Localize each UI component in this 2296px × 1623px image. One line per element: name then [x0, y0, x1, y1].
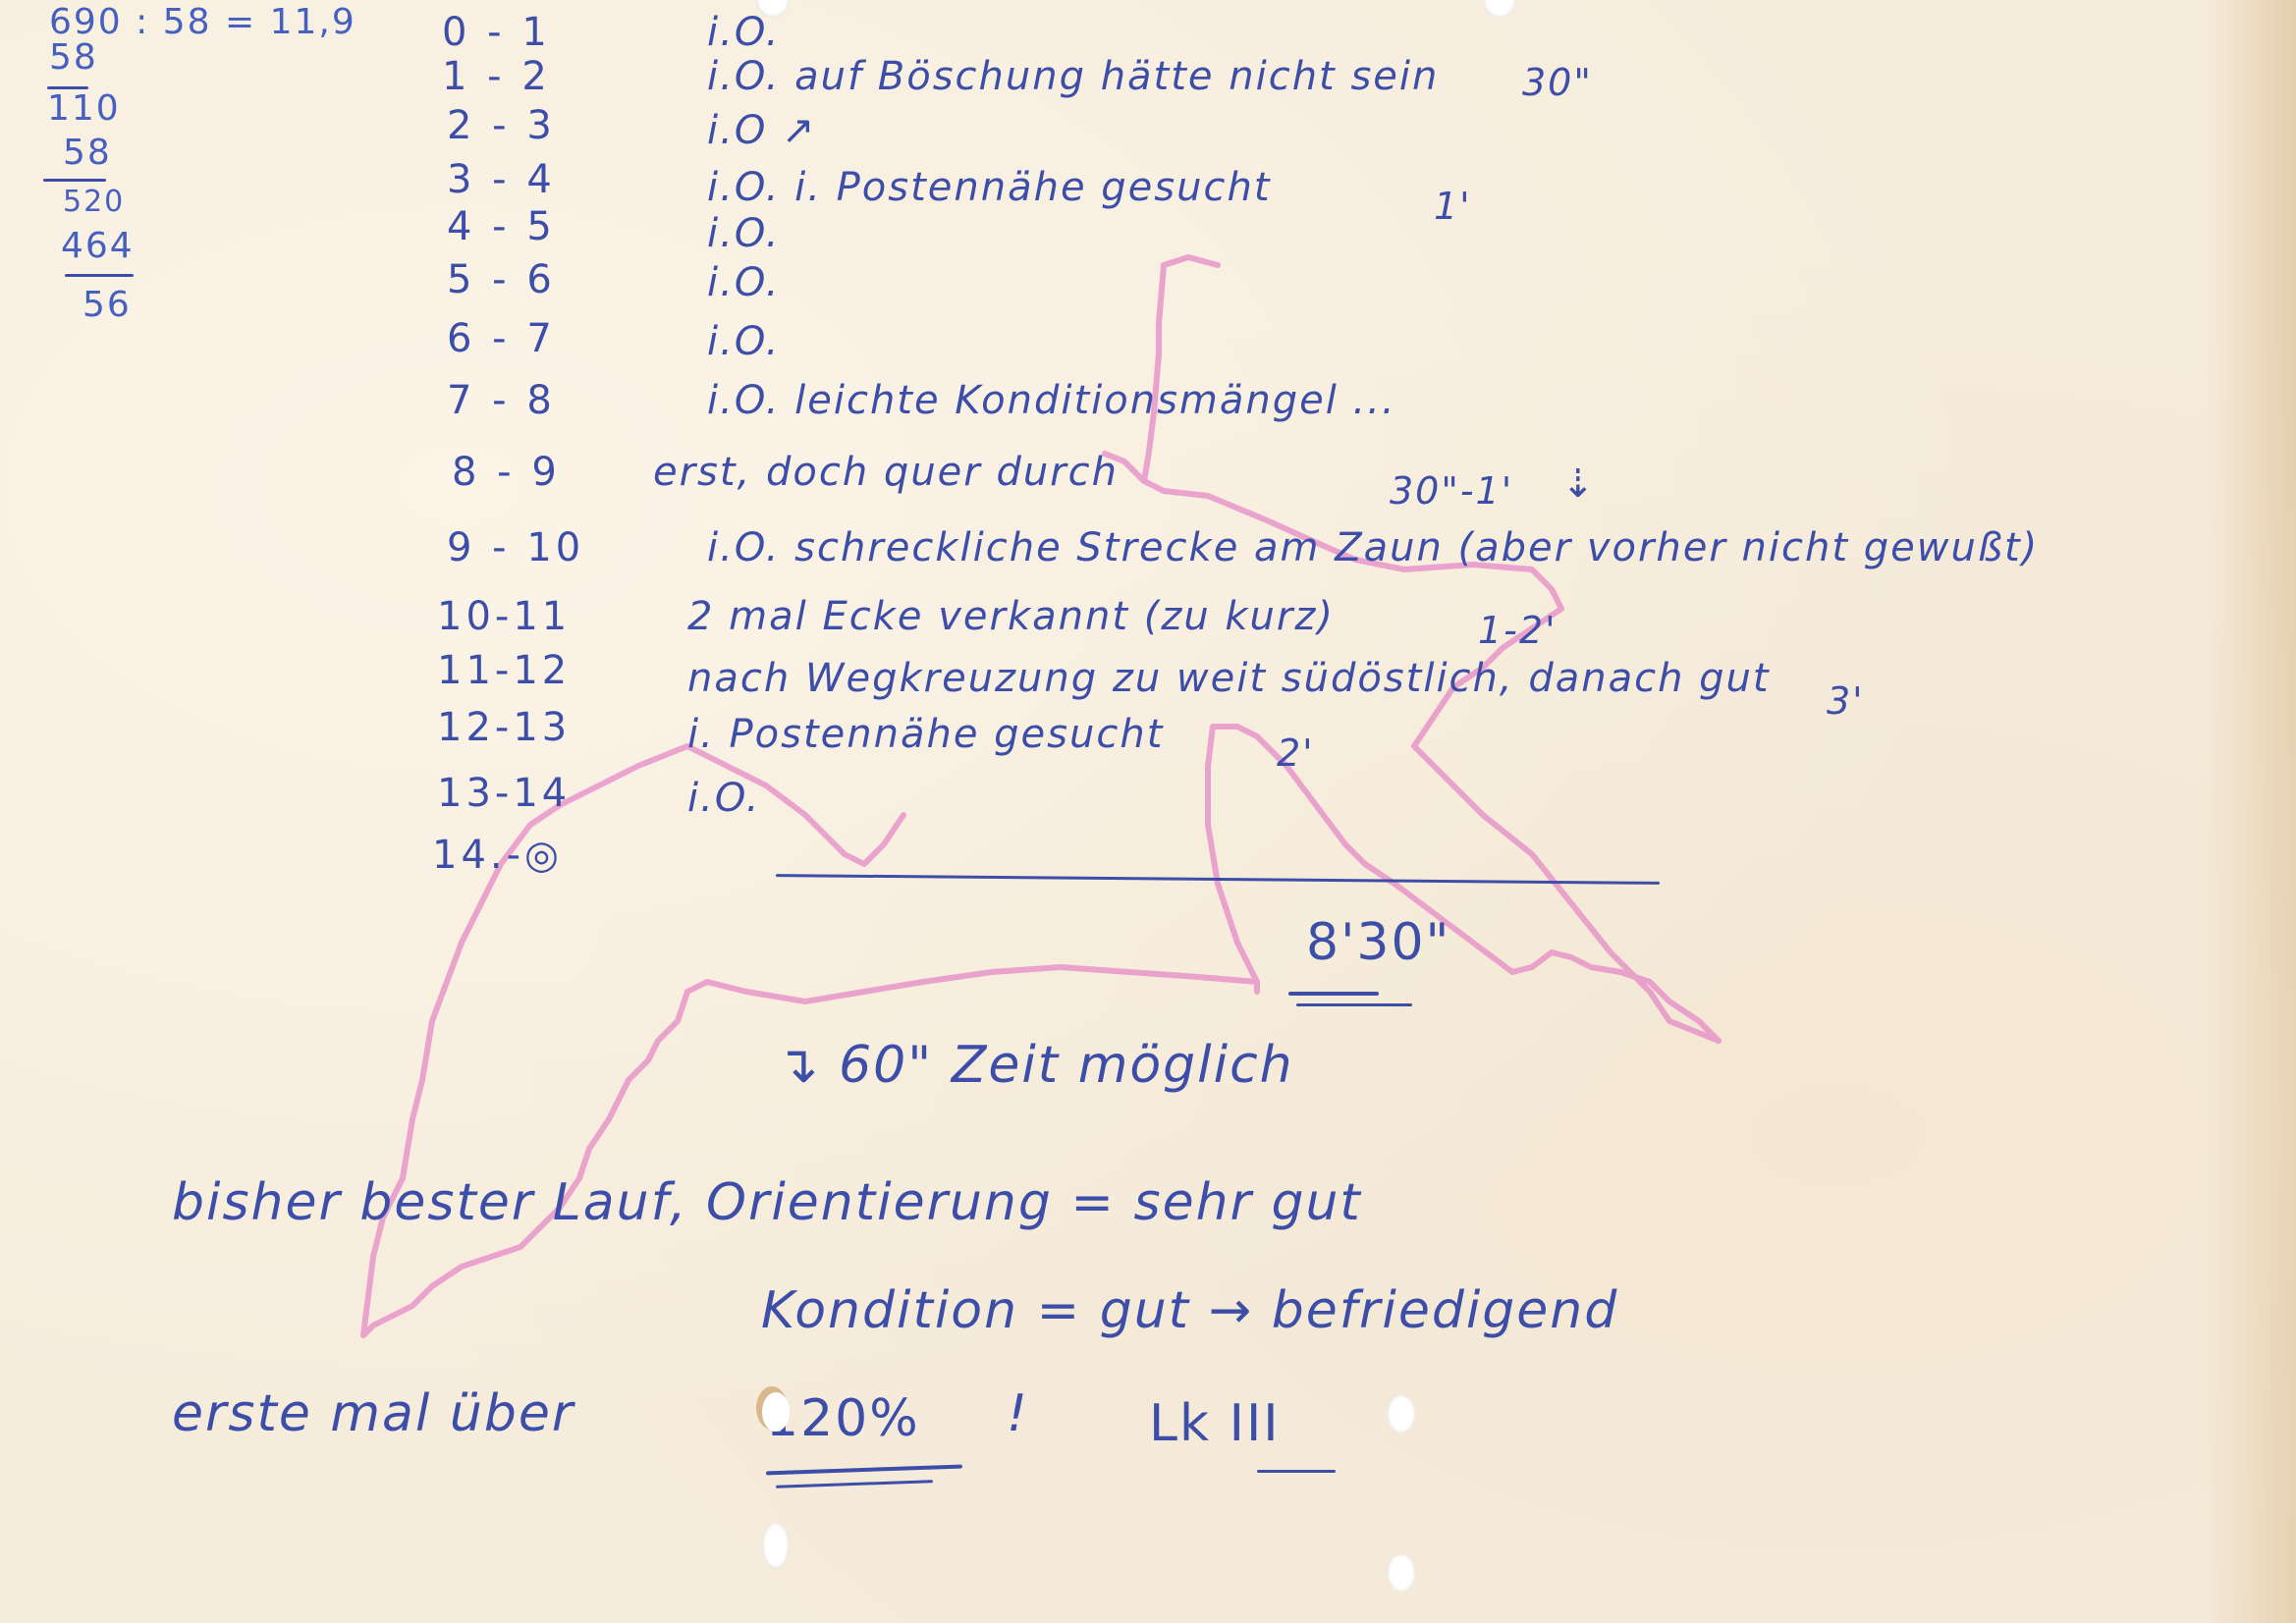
leg-note: i.O.	[707, 319, 780, 364]
punch-hole	[762, 1392, 790, 1432]
leg-note: i.O ↗	[707, 108, 817, 153]
calc-divider-2	[43, 179, 106, 182]
leg-note: i.O.	[707, 211, 780, 256]
percentage-underline-2	[776, 1480, 933, 1488]
punch-hole	[1387, 1394, 1416, 1434]
total-underline-1	[1288, 992, 1379, 996]
total-underline-2	[1296, 1003, 1412, 1006]
summary-line-3-prefix: erste mal über	[172, 1384, 574, 1443]
leg-note: i.O. leichte Konditionsmängel ...	[707, 378, 1396, 423]
leg-label: 0 - 1	[442, 10, 551, 55]
leg-note: i.O. schreckliche Strecke am Zaun (aber …	[707, 525, 2039, 570]
leg-label: 12-13	[437, 705, 571, 750]
leg-label: 11-12	[437, 648, 571, 693]
calc-step-6: 56	[82, 285, 132, 325]
punch-hole	[762, 1522, 790, 1569]
leg-note: i.O. i. Postennähe gesucht	[707, 165, 1272, 210]
class-underline	[1257, 1470, 1336, 1473]
leg-label: 4 - 5	[447, 204, 556, 249]
down-arrow-icon: ⇣	[1561, 461, 1597, 507]
leg-label: 13-14	[437, 771, 571, 816]
calculation-line1: 690 : 58 = 11,9	[49, 2, 356, 42]
percentage-value: 120%	[766, 1389, 920, 1448]
leg-note: i. Postennähe gesucht	[687, 712, 1164, 757]
leg-time: 1-2'	[1478, 609, 1558, 652]
percentage-underline-1	[766, 1465, 962, 1476]
leg-time: 2'	[1277, 731, 1315, 775]
leg-note: nach Wegkreuzung zu weit südöstlich, dan…	[687, 656, 1771, 701]
calc-step-2: 110	[47, 88, 121, 129]
conclusion-text: ↴ 60" Zeit möglich	[776, 1036, 1294, 1095]
leg-note: i.O.	[687, 776, 760, 821]
summary-line-2: Kondition = gut → befriedigend	[761, 1281, 1618, 1340]
punch-hole	[1387, 1553, 1416, 1593]
summary-line-1: bisher bester Lauf, Orientierung = sehr …	[172, 1173, 1362, 1232]
leg-note: erst, doch quer durch	[653, 450, 1119, 495]
leg-label: 7 - 8	[447, 378, 556, 423]
exclamation-mark: !	[1007, 1384, 1029, 1443]
leg-label: 8 - 9	[452, 450, 561, 495]
calc-step-5: 464	[61, 226, 135, 266]
division-equation: 690 : 58 = 11,9	[49, 2, 356, 42]
calc-divider-3	[65, 274, 134, 277]
leg-time: 30"-1'	[1390, 469, 1513, 513]
leg-time: 1'	[1434, 185, 1472, 228]
total-time: 8'30"	[1306, 913, 1450, 972]
leg-label: 6 - 7	[447, 316, 556, 361]
leg-time: 30"	[1522, 61, 1593, 104]
leg-label: 2 - 3	[447, 103, 556, 148]
calc-step-1: 58	[49, 37, 98, 78]
leg-time: 3'	[1827, 679, 1865, 723]
calc-step-4: 520	[63, 185, 125, 219]
leg-note: 2 mal Ecke verkannt (zu kurz)	[687, 594, 1335, 639]
leg-note: i.O. auf Böschung hätte nicht sein	[707, 54, 1439, 99]
total-separator-line	[776, 874, 1660, 885]
leg-label: 10-11	[437, 594, 571, 639]
route-trace-drawing	[0, 0, 2296, 1623]
leg-label: 9 - 10	[447, 525, 584, 570]
leg-label: 3 - 4	[447, 157, 556, 202]
calc-step-3: 58	[63, 133, 112, 173]
performance-class: Lk III	[1149, 1394, 1281, 1453]
leg-label: 5 - 6	[447, 257, 556, 302]
leg-label: 1 - 2	[442, 54, 551, 99]
punch-hole	[1483, 0, 1516, 18]
leg-label: 14.-◎	[432, 833, 563, 878]
leg-note: i.O.	[707, 260, 780, 305]
